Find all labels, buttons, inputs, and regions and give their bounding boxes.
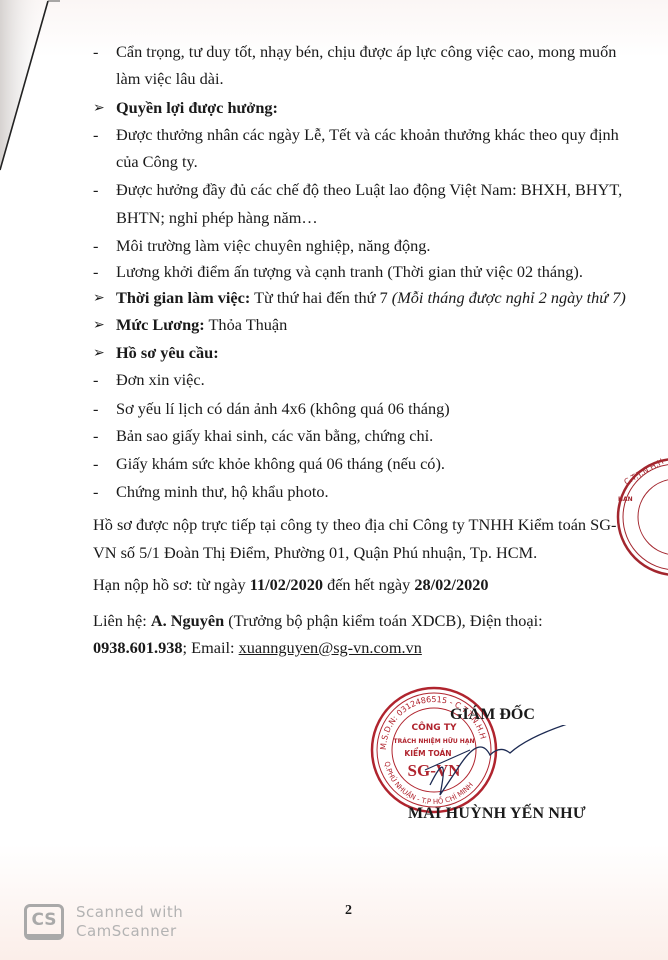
phone-number: 0938.601.938 bbox=[93, 638, 183, 657]
dash-bullet: - bbox=[93, 42, 103, 62]
paper-edge-shadow bbox=[0, 0, 60, 180]
svg-text:HẠN: HẠN bbox=[618, 496, 633, 503]
arrow-bullet-icon: ➢ bbox=[93, 289, 105, 309]
camscanner-watermark: Scanned with CamScanner bbox=[76, 903, 183, 941]
svg-text:C.T.T.N.H.H: C.T.T.N.H.H bbox=[623, 457, 666, 487]
signatory-name: MAI HUỲNH YẾN NHƯ bbox=[408, 805, 586, 823]
arrow-bullet-icon: ➢ bbox=[93, 99, 105, 119]
camscanner-logo-icon: CS bbox=[24, 904, 64, 940]
signatory-title: GIÁM ĐỐC bbox=[450, 706, 535, 724]
email-link[interactable]: xuannguyen@sg-vn.com.vn bbox=[239, 638, 422, 657]
arrow-bullet-icon: ➢ bbox=[93, 344, 105, 364]
arrow-bullet-icon: ➢ bbox=[93, 316, 105, 336]
document-page: - Cẩn trọng, tư duy tốt, nhạy bén, chịu … bbox=[0, 0, 668, 960]
page-number: 2 bbox=[345, 903, 352, 919]
signature-scribble bbox=[420, 725, 600, 805]
partial-stamp: C.T.T.N.H.H HẠN bbox=[596, 455, 668, 580]
